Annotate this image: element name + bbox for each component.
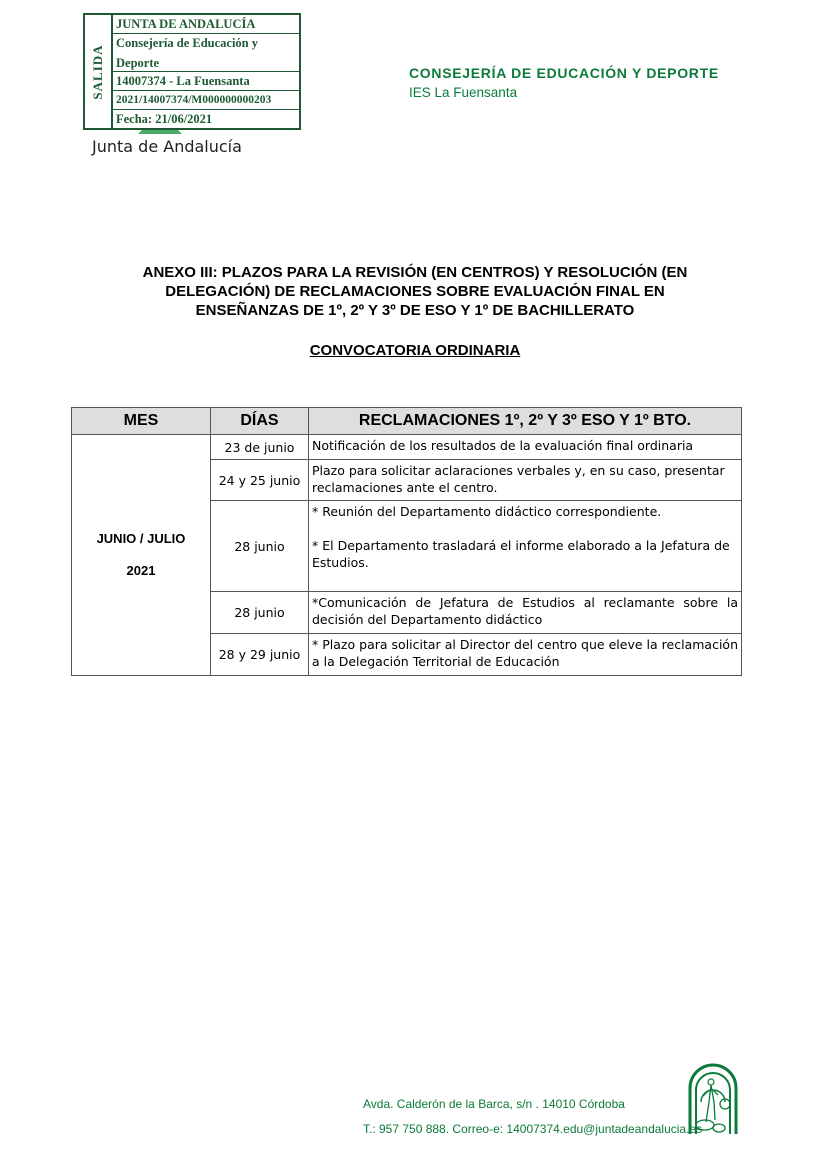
stamp-row: Fecha: 21/06/2021 [113, 110, 299, 128]
table-row: JUNIO / JULIO 2021 23 de junio Notificac… [72, 435, 742, 460]
title-line: DELEGACIÓN) DE RECLAMACIONES SOBRE EVALU… [100, 282, 730, 301]
department-header: CONSEJERÍA DE EDUCACIÓN Y DEPORTE IES La… [409, 65, 719, 100]
footer: Avda. Calderón de la Barca, s/n . 14010 … [363, 1092, 702, 1142]
dias-cell: 24 y 25 junio [211, 460, 309, 501]
stamp-row: Consejería de Educación y Deporte [113, 34, 299, 72]
stamp-side-label: SALIDA [85, 15, 113, 128]
stamp-row: JUNTA DE ANDALUCÍA [113, 15, 299, 34]
junta-logo-text: Junta de Andalucía [92, 137, 242, 156]
deadlines-table: MES DÍAS RECLAMACIONES 1º, 2º Y 3º ESO Y… [71, 407, 742, 676]
desc-cell: Notificación de los resultados de la eva… [309, 435, 742, 460]
registry-stamp: SALIDA JUNTA DE ANDALUCÍA Consejería de … [83, 13, 301, 130]
mes-cell: JUNIO / JULIO 2021 [72, 435, 211, 676]
table-header-row: MES DÍAS RECLAMACIONES 1º, 2º Y 3º ESO Y… [72, 408, 742, 435]
desc-cell: * Reunión del Departamento didáctico cor… [309, 501, 742, 592]
title-line: ENSEÑANZAS DE 1º, 2º Y 3º DE ESO Y 1º DE… [100, 301, 730, 320]
stamp-row: 14007374 - La Fuensanta [113, 72, 299, 91]
school-name: IES La Fuensanta [409, 85, 719, 100]
andalucia-emblem-icon [687, 1062, 739, 1136]
dias-cell: 23 de junio [211, 435, 309, 460]
header-dias: DÍAS [211, 408, 309, 435]
header-mes: MES [72, 408, 211, 435]
dias-cell: 28 junio [211, 592, 309, 634]
desc-cell: Plazo para solicitar aclaraciones verbal… [309, 460, 742, 501]
title-line: ANEXO III: PLAZOS PARA LA REVISIÓN (EN C… [100, 263, 730, 282]
department-title: CONSEJERÍA DE EDUCACIÓN Y DEPORTE [409, 65, 719, 81]
desc-cell: *Comunicación de Jefatura de Estudios al… [309, 592, 742, 634]
document-title: ANEXO III: PLAZOS PARA LA REVISIÓN (EN C… [100, 263, 730, 320]
dias-cell: 28 y 29 junio [211, 634, 309, 676]
stamp-rows: JUNTA DE ANDALUCÍA Consejería de Educaci… [113, 15, 299, 128]
stamp-row: 2021/14007374/M000000000203 [113, 91, 299, 110]
footer-address: Avda. Calderón de la Barca, s/n . 14010 … [363, 1092, 702, 1117]
desc-cell: * Plazo para solicitar al Director del c… [309, 634, 742, 676]
document-subtitle: CONVOCATORIA ORDINARIA [100, 342, 730, 359]
mes-year: 2021 [73, 555, 209, 587]
header-reclamaciones: RECLAMACIONES 1º, 2º Y 3º ESO Y 1º BTO. [309, 408, 742, 435]
dias-cell: 28 junio [211, 501, 309, 592]
stamp-side-text: SALIDA [90, 44, 106, 99]
desc-line: * Reunión del Departamento didáctico cor… [312, 503, 738, 520]
desc-line: * El Departamento trasladará el informe … [312, 537, 738, 571]
mes-line: JUNIO / JULIO [73, 523, 209, 555]
footer-contact: T.: 957 750 888. Correo-e: 14007374.edu@… [363, 1117, 702, 1142]
